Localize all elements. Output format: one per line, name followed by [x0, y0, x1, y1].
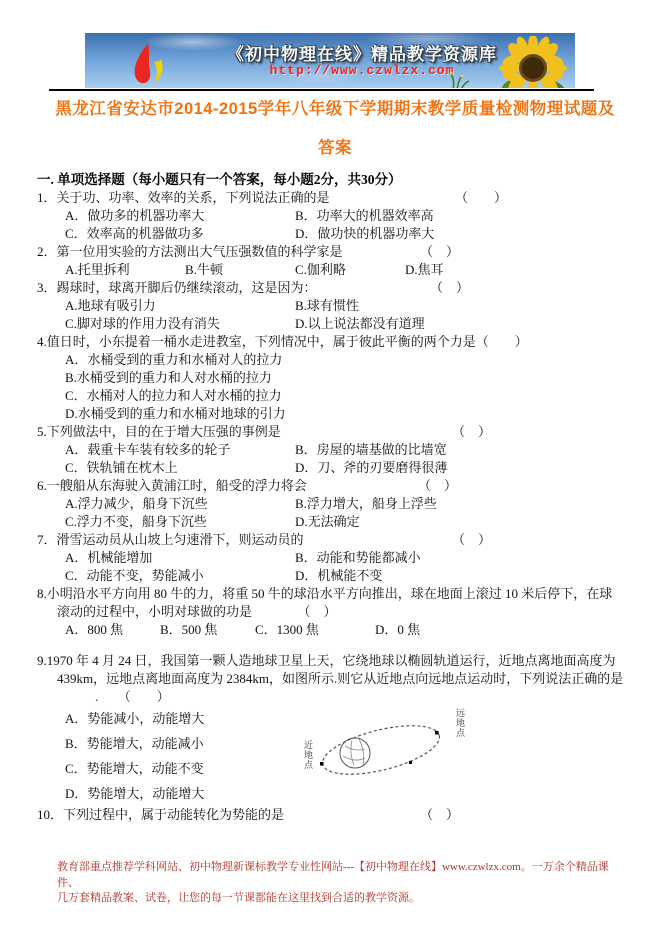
- option: D.无法确定: [295, 513, 633, 531]
- option: D．机械能不变: [295, 567, 633, 585]
- option-row: C.浮力不变，船身下沉些D.无法确定: [65, 513, 633, 531]
- option: A．做功多的机器功率大: [65, 207, 295, 225]
- site-footer: 教育部重点推荐学科网站、初中物理新课标教学专业性网站---【初中物理在线】www…: [57, 860, 617, 907]
- answer-bracket: （ ）: [452, 423, 491, 441]
- question-number: 5.: [37, 424, 47, 439]
- question-stem: 5.下列做法中，目的在于增大压强的事例是（ ）: [37, 423, 633, 441]
- question-1: 1．关于功、功率、效率的关系，下列说法正确的是（ ）A．做功多的机器功率大B．功…: [37, 189, 633, 243]
- options: A．机械能增加B．动能和势能都减小C．动能不变，势能减小D．机械能不变: [65, 549, 633, 585]
- question-stem: 2．第一位用实验的方法测出大气压强数值的科学家是（ ）: [37, 243, 633, 261]
- option: D．做功快的机器功率大: [295, 225, 633, 243]
- question-stem: 8.小明沿水平方向用 80 牛的力，将重 50 牛的球沿水平方向推出，球在地面上…: [37, 585, 633, 603]
- question-number: 2．: [37, 244, 57, 259]
- section-heading: 一. 单项选择题（每小题只有一个答案，每小题2分，共30分）: [37, 170, 633, 189]
- option: B.浮力增大，船身上浮些: [295, 495, 633, 513]
- question-3: 3．踢球时，球离开脚后仍继续滚动，这是因为：（ ）A.地球有吸引力B.球有惯性C…: [37, 279, 633, 333]
- option: A.浮力减少，船身下沉些: [65, 495, 295, 513]
- question-number: 4.: [37, 334, 47, 349]
- option: B.牛顿: [185, 261, 295, 279]
- physics-online-flame-logo-icon: [121, 41, 169, 85]
- question-text: 踢球时，球离开脚后仍继续滚动，这是因为：: [57, 280, 317, 295]
- question-stem: 10．下列过程中，属于动能转化为势能的是（ ）: [37, 806, 633, 824]
- page: { "banner": { "site_title": "《初中物理在线》精品教…: [0, 0, 661, 936]
- footer-line1: 教育部重点推荐学科网站、初中物理新课标教学专业性网站---【初中物理在线】www…: [57, 860, 617, 891]
- option-row: B.水桶受到的重力和人对水桶的拉力: [65, 369, 633, 387]
- option-row: C.脚对球的作用力没有消失D.以上说法都没有道理: [65, 315, 633, 333]
- answer-bracket: （ ）: [418, 477, 457, 495]
- option: D．刀、斧的刃要磨得很薄: [295, 459, 633, 477]
- option: B.球有惯性: [295, 297, 633, 315]
- option-row: A．水桶受到的重力和水桶对人的拉力: [65, 351, 633, 369]
- answer-bracket: （ ）: [452, 531, 491, 549]
- option-row: A．载重卡车装有较多的轮子B．房屋的墙基做的比墙宽: [65, 441, 633, 459]
- sunflower-image: [445, 36, 575, 88]
- apogee-label: 远地点: [455, 708, 465, 738]
- document-title-line1: 黑龙江省安达市2014-2015学年八年级下学期期末教学质量检测物理试题及: [37, 98, 633, 120]
- question-stem: 9.1970 年 4 月 24 日，我国第一颗人造地球卫星上天，它绕地球以椭圆轨…: [37, 652, 633, 670]
- option: B．房屋的墙基做的比墙宽: [295, 441, 633, 459]
- question-number: 7．: [37, 532, 57, 547]
- option: B.水桶受到的重力和人对水桶的拉力: [65, 369, 633, 387]
- options: A．做功多的机器功率大B．功率大的机器效率高C．效率高的机器做功多D．做功快的机…: [65, 207, 633, 243]
- question-number: 8.: [37, 586, 47, 601]
- option: C．效率高的机器做功多: [65, 225, 295, 243]
- options: A．800 焦B．500 焦C．1300 焦D．0 焦: [65, 621, 633, 639]
- question-2: 2．第一位用实验的方法测出大气压强数值的科学家是（ ）A.托里拆利B.牛顿C.伽…: [37, 243, 633, 279]
- question-text: 下列做法中，目的在于增大压强的事例是: [47, 424, 281, 439]
- question-list: 1．关于功、功率、效率的关系，下列说法正确的是（ ）A．做功多的机器功率大B．功…: [37, 189, 633, 824]
- option-row: A．做功多的机器功率大B．功率大的机器效率高: [65, 207, 633, 225]
- question-stem: 4.值日时，小东提着一桶水走进教室，下列情况中，属于彼此平衡的两个力是（ ）: [37, 333, 633, 351]
- options: A.地球有吸引力B.球有惯性C.脚对球的作用力没有消失D.以上说法都没有道理: [65, 297, 633, 333]
- document-title-line2: 答案: [37, 137, 633, 159]
- answer-bracket: （ ）: [420, 243, 459, 261]
- option: D.以上说法都没有道理: [295, 315, 633, 333]
- options: A．水桶受到的重力和水桶对人的拉力B.水桶受到的重力和人对水桶的拉力C．水桶对人…: [65, 351, 633, 423]
- question-8: 8.小明沿水平方向用 80 牛的力，将重 50 牛的球沿水平方向推出，球在地面上…: [37, 585, 633, 639]
- satellite-orbit-figure: 远地点 近地点: [303, 706, 471, 794]
- option-row: C．水桶对人的拉力和人对水桶的拉力: [65, 387, 633, 405]
- options: A.浮力减少，船身下沉些B.浮力增大，船身上浮些C.浮力不变，船身下沉些D.无法…: [65, 495, 633, 531]
- option: B．动能和势能都减小: [295, 549, 633, 567]
- question-text: 下列过程中，属于动能转化为势能的是: [63, 807, 284, 822]
- option: A．机械能增加: [65, 549, 295, 567]
- option-row: A.浮力减少，船身下沉些B.浮力增大，船身上浮些: [65, 495, 633, 513]
- question-number: 1．: [37, 190, 57, 205]
- options: A.托里拆利B.牛顿C.伽利略D.焦耳: [65, 261, 633, 279]
- option-row: C．动能不变，势能减小D．机械能不变: [65, 567, 633, 585]
- option: D．0 焦: [375, 621, 633, 639]
- question-5: 5.下列做法中，目的在于增大压强的事例是（ ）A．载重卡车装有较多的轮子B．房屋…: [37, 423, 633, 477]
- question-text: 小明沿水平方向用 80 牛的力，将重 50 牛的球沿水平方向推出，球在地面上滚过…: [47, 586, 613, 601]
- question-text: 1970 年 4 月 24 日，我国第一颗人造地球卫星上天，它绕地球以椭圆轨道运…: [47, 653, 616, 668]
- question-4: 4.值日时，小东提着一桶水走进教室，下列情况中，属于彼此平衡的两个力是（ ）A．…: [37, 333, 633, 423]
- site-banner: 《初中物理在线》精品教学资源库 http://www.czwlzx.com: [85, 33, 575, 88]
- question-text: 关于功、功率、效率的关系，下列说法正确的是: [57, 190, 330, 205]
- option: C.脚对球的作用力没有消失: [65, 315, 295, 333]
- option: C．1300 焦: [255, 621, 375, 639]
- answer-bracket: （ ）: [430, 279, 469, 297]
- option: A.托里拆利: [65, 261, 185, 279]
- option-row: A．机械能增加B．动能和势能都减小: [65, 549, 633, 567]
- question-9: 9.1970 年 4 月 24 日，我国第一颗人造地球卫星上天，它绕地球以椭圆轨…: [37, 652, 633, 806]
- question-number: 6.: [37, 478, 47, 493]
- option: A.地球有吸引力: [65, 297, 295, 315]
- option: C．铁轨铺在枕木上: [65, 459, 295, 477]
- question-text: 滑雪运动员从山坡上匀速滑下，则运动员的: [57, 532, 304, 547]
- option: D.水桶受到的重力和水桶对地球的引力: [65, 405, 633, 423]
- answer-bracket: （ ）: [420, 806, 459, 824]
- question-number: 10．: [37, 807, 63, 822]
- question-number: 3．: [37, 280, 57, 295]
- question-stem: 1．关于功、功率、效率的关系，下列说法正确的是（ ）: [37, 189, 633, 207]
- question-text: 一艘船从东海驶入黄浦江时，船受的浮力将会: [47, 478, 307, 493]
- question-number: 9.: [37, 653, 47, 668]
- perigee-label: 近地点: [303, 740, 313, 770]
- option: B．功率大的机器效率高: [295, 207, 633, 225]
- question-stem: 6.一艘船从东海驶入黄浦江时，船受的浮力将会（ ）: [37, 477, 633, 495]
- option: C．动能不变，势能减小: [65, 567, 295, 585]
- option-row: D.水桶受到的重力和水桶对地球的引力: [65, 405, 633, 423]
- footer-line2: 几万套精品教案、试卷，让您的每一节课都能在这里找到合适的教学资源。: [57, 891, 617, 907]
- option: A．800 焦: [65, 621, 160, 639]
- question-10: 10．下列过程中，属于动能转化为势能的是（ ）: [37, 806, 633, 824]
- option: D.焦耳: [405, 261, 633, 279]
- option: A．载重卡车装有较多的轮子: [65, 441, 295, 459]
- question-stem-continued: 439km，远地点离地面高度为 2384km，如图所示.则它从近地点向远地点运动…: [57, 670, 633, 688]
- question-6: 6.一艘船从东海驶入黄浦江时，船受的浮力将会（ ）A.浮力减少，船身下沉些B.浮…: [37, 477, 633, 531]
- question-stem: 3．踢球时，球离开脚后仍继续滚动，这是因为：（ ）: [37, 279, 633, 297]
- question-stem-continued: . （ ）: [95, 688, 633, 706]
- option: C.浮力不变，船身下沉些: [65, 513, 295, 531]
- option: A．水桶受到的重力和水桶对人的拉力: [65, 351, 633, 369]
- header-divider-line: [49, 89, 594, 91]
- option-row: A．800 焦B．500 焦C．1300 焦D．0 焦: [65, 621, 633, 639]
- option-row: A.托里拆利B.牛顿C.伽利略D.焦耳: [65, 261, 633, 279]
- option: C．水桶对人的拉力和人对水桶的拉力: [65, 387, 633, 405]
- option-row: C．铁轨铺在枕木上D．刀、斧的刃要磨得很薄: [65, 459, 633, 477]
- option: B．500 焦: [160, 621, 255, 639]
- question-text: 值日时，小东提着一桶水走进教室，下列情况中，属于彼此平衡的两个力是（ ）: [47, 334, 528, 349]
- option-row: C．效率高的机器做功多D．做功快的机器功率大: [65, 225, 633, 243]
- question-stem: 7．滑雪运动员从山坡上匀速滑下，则运动员的（ ）: [37, 531, 633, 549]
- question-text: 第一位用实验的方法测出大气压强数值的科学家是: [57, 244, 343, 259]
- question-stem-continued: 滚动的过程中，小明对球做的功是 （ ）: [57, 603, 633, 621]
- option: C.伽利略: [295, 261, 405, 279]
- exam-document: 黑龙江省安达市2014-2015学年八年级下学期期末教学质量检测物理试题及 答案…: [37, 98, 633, 824]
- option-row: A.地球有吸引力B.球有惯性: [65, 297, 633, 315]
- question-7: 7．滑雪运动员从山坡上匀速滑下，则运动员的（ ）A．机械能增加B．动能和势能都减…: [37, 531, 633, 585]
- answer-bracket: （ ）: [455, 189, 507, 207]
- options: A．载重卡车装有较多的轮子B．房屋的墙基做的比墙宽C．铁轨铺在枕木上D．刀、斧的…: [65, 441, 633, 477]
- orbit-ellipse-diagram: [303, 706, 471, 794]
